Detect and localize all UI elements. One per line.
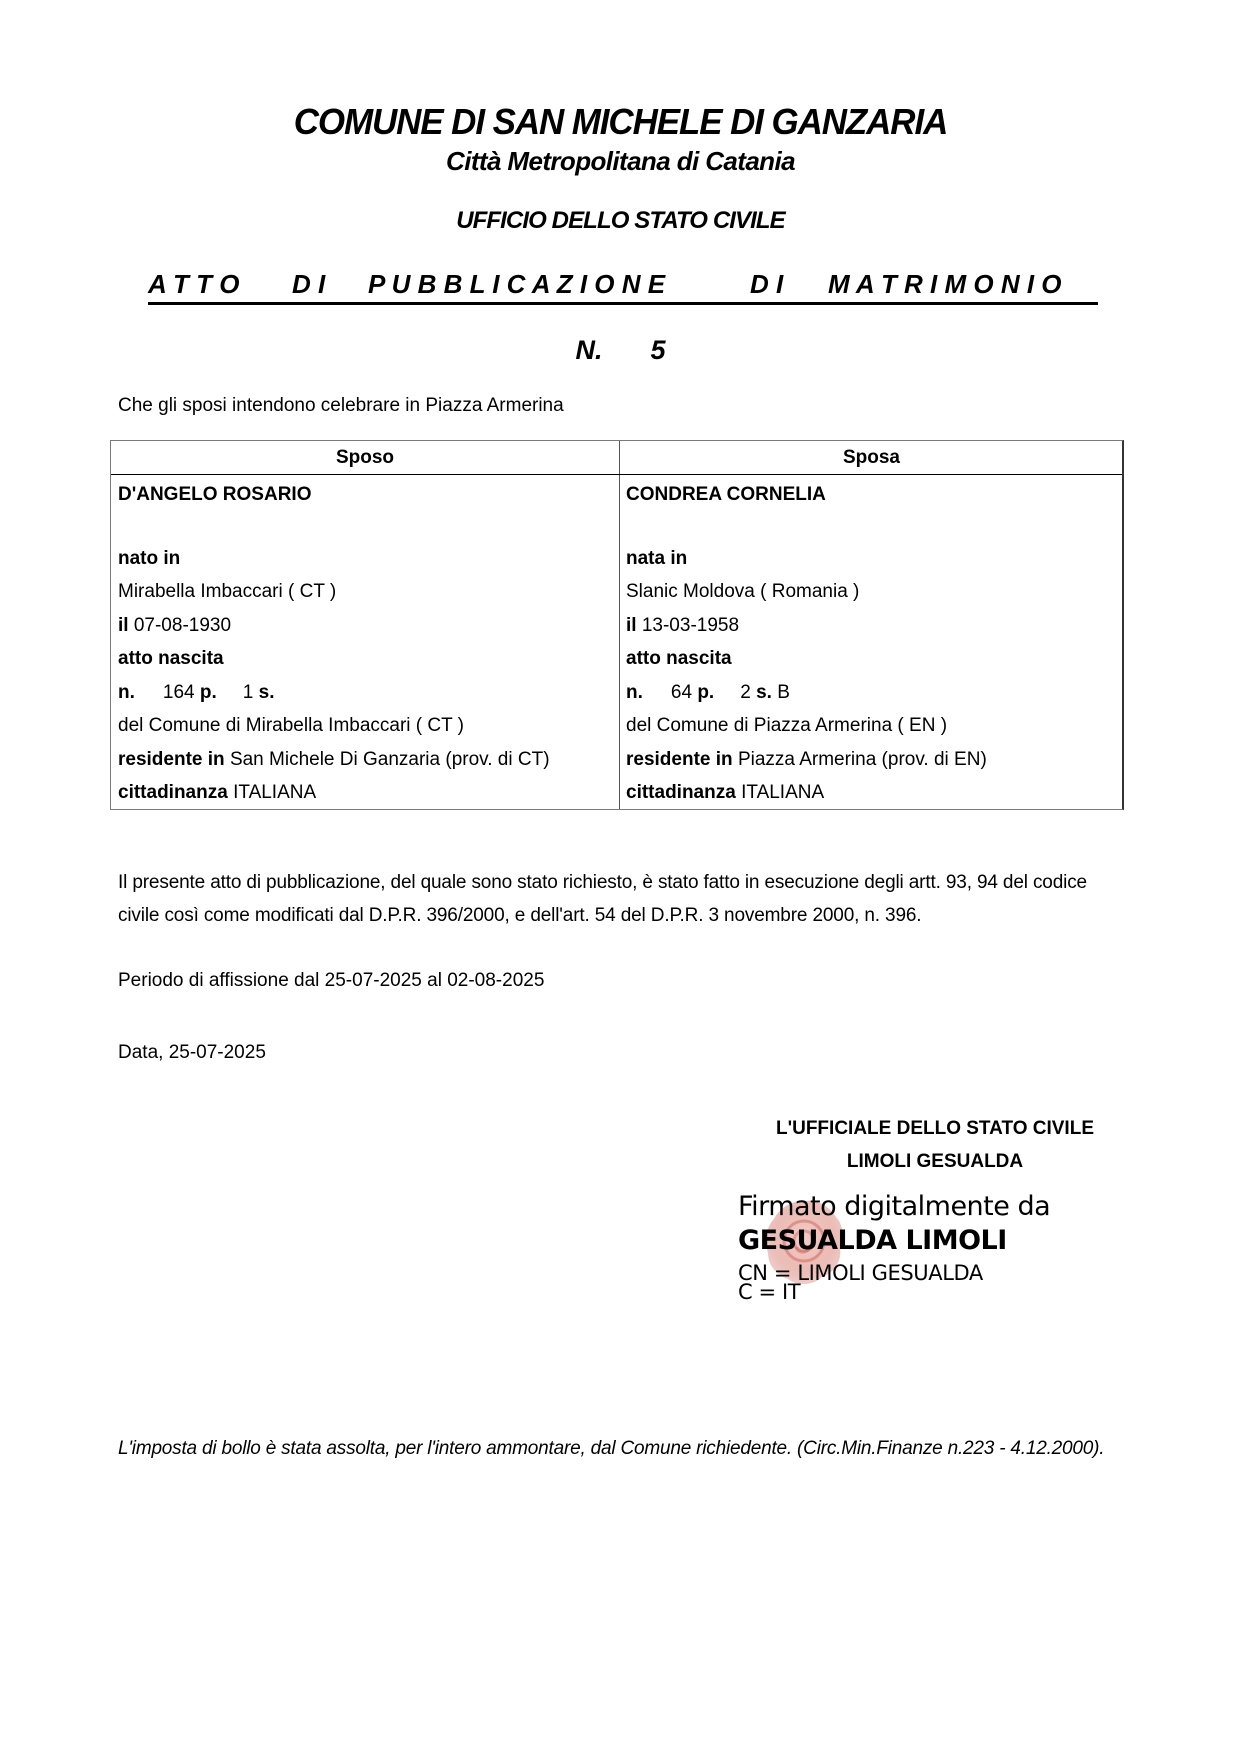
bride-birth-act-ref: n.64 p.2 s. B	[626, 676, 987, 710]
groom-born-label: nato in	[118, 542, 550, 576]
groom-birthplace: Mirabella Imbaccari ( CT )	[118, 575, 550, 609]
groom-birth-act-label: atto nascita	[118, 642, 550, 676]
act-title-word: P U B B L I C A Z I O N E	[368, 269, 665, 299]
act-title-word: M A T R I M O N I O	[828, 269, 1062, 299]
intro-text: Che gli sposi intendono celebrare in Pia…	[118, 395, 564, 417]
bride-birth-act-label: atto nascita	[626, 642, 987, 676]
bride-name: CONDREA CORNELIA	[626, 478, 987, 512]
digital-signature-name: GESUALDA LIMOLI	[738, 1225, 1007, 1256]
column-heading-groom: Sposo	[111, 447, 619, 469]
groom-birth-date-row: il 07-08-1930	[118, 609, 550, 643]
act-title-word: D I	[292, 269, 325, 299]
officer-name: LIMOLI GESUALDA	[740, 1151, 1130, 1173]
bride-born-label: nata in	[626, 542, 987, 576]
officer-title: L'UFFICIALE DELLO STATO CIVILE	[740, 1118, 1130, 1140]
act-number-label: N.	[575, 335, 602, 366]
digital-signature-label: Firmato digitalmente da	[738, 1191, 1050, 1222]
header-rule	[111, 474, 1122, 475]
groom-birth-act-ref: n.164 p.1 s.	[118, 676, 550, 710]
bride-citizenship: ITALIANA	[741, 782, 824, 803]
signature-country: C = IT	[738, 1282, 800, 1302]
column-heading-bride: Sposa	[619, 447, 1124, 469]
bride-birth-date-row: il 13-03-1958	[626, 609, 987, 643]
bride-birthplace: Slanic Moldova ( Romania )	[626, 575, 987, 609]
metro-city-subtitle: Città Metropolitana di Catania	[0, 146, 1241, 177]
municipality-title: COMUNE DI SAN MICHELE DI GANZARIA	[19, 101, 1223, 143]
document-date: Data, 25-07-2025	[118, 1042, 266, 1064]
act-title-word: D I	[750, 269, 783, 299]
bride-details: CONDREA CORNELIA nata in Slanic Moldova …	[626, 478, 987, 810]
spouses-table: Sposo Sposa D'ANGELO ROSARIO nato in Mir…	[110, 440, 1124, 810]
bride-comune: del Comune di Piazza Armerina ( EN )	[626, 709, 987, 743]
groom-citizenship-row: cittadinanza ITALIANA	[118, 776, 550, 810]
groom-comune: del Comune di Mirabella Imbaccari ( CT )	[118, 709, 550, 743]
column-divider	[619, 441, 620, 809]
bride-residence: Piazza Armerina (prov. di EN)	[738, 749, 987, 770]
legal-paragraph: Il presente atto di pubblicazione, del q…	[118, 866, 1128, 932]
groom-citizenship: ITALIANA	[233, 782, 316, 803]
bride-birth-date: 13-03-1958	[642, 615, 739, 636]
act-title-word: A T T O	[148, 269, 239, 299]
office-heading: UFFICIO DELLO STATO CIVILE	[0, 207, 1241, 235]
groom-residence: San Michele Di Ganzaria (prov. di CT)	[230, 749, 550, 770]
posting-period: Periodo di affissione dal 25-07-2025 al …	[118, 970, 544, 992]
bride-citizenship-row: cittadinanza ITALIANA	[626, 776, 987, 810]
act-title: A T T O D I P U B B L I C A Z I O N E D …	[148, 269, 1098, 305]
groom-name: D'ANGELO ROSARIO	[118, 478, 550, 512]
groom-birth-date: 07-08-1930	[134, 615, 231, 636]
groom-details: D'ANGELO ROSARIO nato in Mirabella Imbac…	[118, 478, 550, 810]
bride-residence-row: residente in Piazza Armerina (prov. di E…	[626, 743, 987, 777]
act-number-value: 5	[650, 335, 665, 365]
stamp-duty-note: L'imposta di bollo è stata assolta, per …	[118, 1432, 1128, 1465]
groom-residence-row: residente in San Michele Di Ganzaria (pr…	[118, 743, 550, 777]
act-number: N.5	[0, 335, 1241, 366]
